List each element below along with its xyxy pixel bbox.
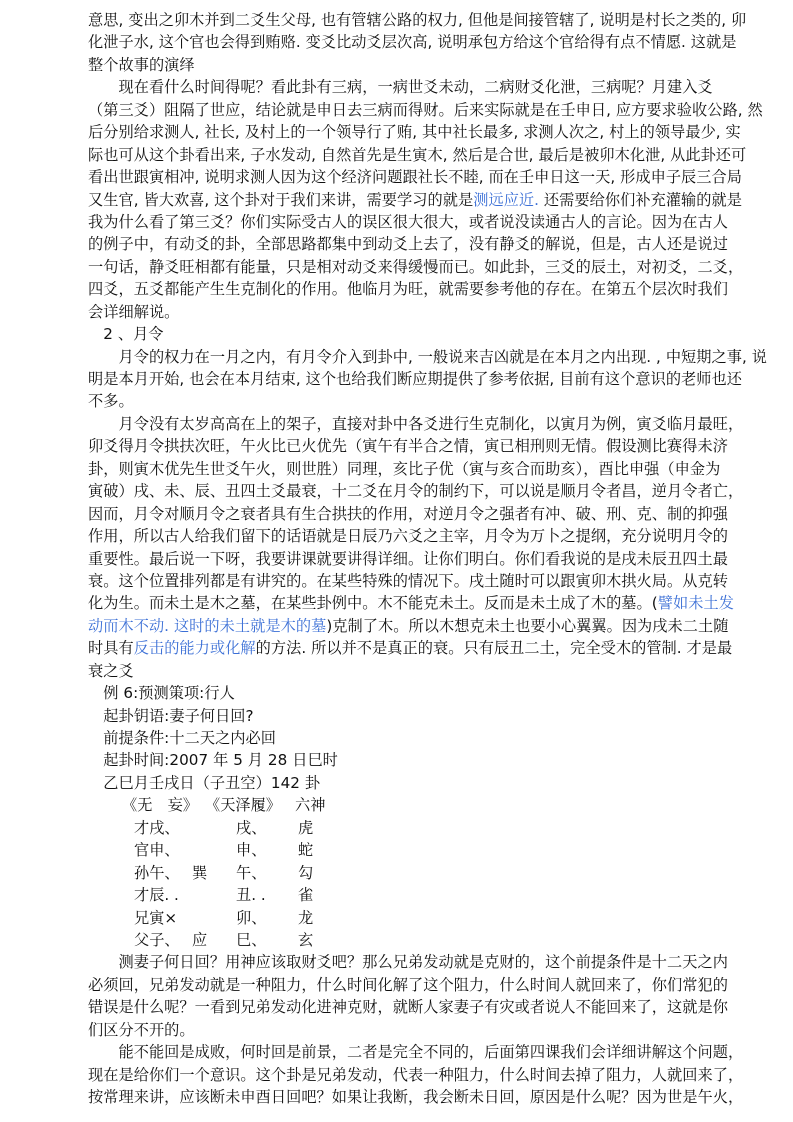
yao-line: 才戌、 [134, 817, 180, 839]
hexagram-row: 父子、应巳、玄 [88, 929, 738, 951]
text-line: 衰。这个位置排列都是有讲究的。在某些特殊的情况下。戌土随时可以跟寅卯木拱火局。从… [88, 570, 738, 592]
text-segment: 卯爻得月令拱扶次旺，午火比已火优先（寅午有半合之情，寅已相刑则无情。假设测比赛得… [88, 437, 728, 455]
text-line: 卯爻得月令拱扶次旺，午火比已火优先（寅午有半合之情，寅已相刑则无情。假设测比赛得… [88, 435, 738, 457]
yao-line: 父子、 [134, 929, 180, 951]
yao-line: 官申、 [134, 839, 180, 861]
highlighted-phrase: 反击的能力或化解 [134, 639, 256, 657]
text-line: 测妻子何日回？用神应该取财爻吧？那么兄弟发动就是克财的，这个前提条件是十二天之内 [88, 951, 738, 973]
text-segment: 现在是给你们一个意识。这个卦是兄弟发动，代表一种阻力，什么时间去掉了阻力，人就回… [88, 1066, 743, 1084]
text-segment: 我为什么看了第三爻？你们实际受古人的误区很大很大，或者说没读通古人的言论。因为在… [88, 213, 728, 231]
text-line: 看出世跟寅相冲, 说明求测人因为这个经济问题跟社长不睦, 而在壬申日这一天, 形… [88, 166, 738, 188]
text-segment: 例 6:预测策项:行人 [88, 684, 235, 702]
text-segment: （第三爻）阻隔了世应，结论就是申日去三病而得财。后来实际就是在壬申日, 应方要求… [88, 101, 763, 119]
yao-line: 才辰. . [134, 884, 179, 906]
yao-line: 兄寅× [134, 907, 177, 929]
text-segment: 后分别给求测人, 社长, 及村上的一个领导行了贿, 其中社长最多, 求测人次之,… [88, 123, 741, 141]
text-segment: 际也可从这个卦看出来, 子水发动, 自然首先是生寅木, 然后是合世, 最后是被卯… [88, 146, 746, 164]
text-line: 化为生。而未土是木之墓，在某些卦例中。木不能克未土。反而是未土成了木的墓。(譬如… [88, 592, 738, 614]
text-line: 起卦钥语:妻子何日回? [88, 705, 738, 727]
text-line: 整个故事的演绎 [88, 54, 738, 76]
text-line: 作用，所以古人给我们留下的话语就是日辰乃六爻之主宰，月令为万卜之提纲，充分说明月… [88, 525, 738, 547]
text-segment: 起卦时间:2007 年 5 月 28 日巳时 [88, 751, 338, 769]
text-segment: 2 、月令 [88, 325, 164, 343]
text-line: 月令的权力在一月之内，有月令介入到卦中, 一般说来吉凶就是在本月之内出现. , … [88, 346, 738, 368]
body-text-after-table: 测妻子何日回？用神应该取财爻吧？那么兄弟发动就是克财的，这个前提条件是十二天之内… [88, 951, 738, 1108]
text-line: 一句话，静爻旺相都有能量，只是相对动爻来得缓慢而已。如此卦，三爻的辰土，对初爻，… [88, 256, 738, 278]
text-line: 按常理来讲，应该断未申酉日回吧？如果让我断，我会断未日回，原因是什么呢？因为世是… [88, 1086, 738, 1108]
changed-yao: 午、 [236, 862, 266, 884]
six-god: 玄 [298, 929, 313, 951]
body-text-before-table: 意思, 变出之卯木并到二爻生父母, 也有管辖公路的权力, 但他是间接管辖了, 说… [88, 9, 738, 794]
text-line: 现在看什么时间得呢？看此卦有三病，一病世爻未动，二病财爻化泄，三病呢？月建入爻 [88, 76, 738, 98]
text-segment: 乙巳月壬戌日（子丑空）142 卦 [88, 774, 320, 792]
hexagram-row: 孙午、巽午、勾 [88, 862, 738, 884]
text-line: 会详细解说。 [88, 301, 738, 323]
text-line: 起卦时间:2007 年 5 月 28 日巳时 [88, 749, 738, 771]
text-segment: 化泄子水, 这个官也会得到贿赂. 变爻比动爻层次高, 说明承包方给这个官给得有点… [88, 33, 737, 51]
text-segment: 的例子中，有动爻的卦，全部思路都集中到动爻上去了，没有静爻的解说，但是，古人还是… [88, 235, 728, 253]
text-line: 动而木不动. 这时的未土就是木的墓)克制了木。所以木想克未土也要小心翼翼。因为戌… [88, 615, 738, 637]
text-line: 意思, 变出之卯木并到二爻生父母, 也有管辖公路的权力, 但他是间接管辖了, 说… [88, 9, 738, 31]
text-segment: 寅破）戌、未、辰、丑四土爻最衰，十二爻在月令的制约下，可以说是顺月令者昌，逆月令… [88, 482, 743, 500]
hexagram-table: 《无 妄》 《天泽履》 六神 才戌、戌、虎官申、申、蛇孙午、巽午、勾才辰. .丑… [88, 794, 738, 951]
text-line: 明是本月开始, 也会在本月结束, 这个也给我们断应期提供了参考依据, 目前有这个… [88, 368, 738, 390]
text-segment: )克制了木。所以木想克未土也要小心翼翼。因为戌未二土随 [326, 617, 728, 635]
hexagram-row: 才戌、戌、虎 [88, 817, 738, 839]
highlighted-phrase: 譬如未土发 [658, 594, 734, 612]
text-segment: 前提条件:十二天之内必回 [88, 729, 276, 747]
text-line: 们区分不开的。 [88, 1019, 738, 1041]
text-line: 四爻，五爻都能产生生克制化的作用。他临月为旺，就需要参考他的存在。在第五个层次时… [88, 278, 738, 300]
text-segment: 化为生。而未土是木之墓，在某些卦例中。木不能克未土。反而是未土成了木的墓。( [88, 594, 658, 612]
text-line: 能不能回是成败，何时回是前景，二者是完全不同的，后面第四课我们会详细讲解这个问题… [88, 1041, 738, 1063]
text-segment: 整个故事的演绎 [88, 56, 195, 74]
text-segment: 重要性。最后说一下呀，我要讲课就要讲得详细。让你们明白。你们看我说的是戌未辰丑四… [88, 550, 728, 568]
text-line: 前提条件:十二天之内必回 [88, 727, 738, 749]
text-line: 又生官, 皆大欢喜, 这个卦对于我们来讲，需要学习的就是测远应近. 还需要给你们… [88, 189, 738, 211]
text-segment: 月令的权力在一月之内，有月令介入到卦中, 一般说来吉凶就是在本月之内出现. , … [88, 348, 767, 366]
hexagram-table-header: 《无 妄》 《天泽履》 六神 [88, 794, 738, 816]
highlighted-phrase: 动而木不动. 这时的未土就是木的墓 [88, 617, 326, 635]
text-line: 时具有反击的能力或化解的方法. 所以并不是真正的衰。只有辰丑二土，完全受木的管制… [88, 637, 738, 659]
yao-line: 孙午、 [134, 862, 180, 884]
text-segment: 不多。 [88, 392, 134, 410]
hexagram-row: 才辰. .丑. .雀 [88, 884, 738, 906]
six-god: 勾 [298, 862, 313, 884]
text-line: 月令没有太岁高高在上的架子，直接对卦中各爻进行生克制化，以寅月为例，寅爻临月最旺… [88, 413, 738, 435]
text-line: 后分别给求测人, 社长, 及村上的一个领导行了贿, 其中社长最多, 求测人次之,… [88, 121, 738, 143]
changed-hexagram-name: 《天泽履》 [205, 794, 281, 816]
text-segment: 月令没有太岁高高在上的架子，直接对卦中各爻进行生克制化，以寅月为例，寅爻临月最旺… [88, 415, 743, 433]
text-line: 不多。 [88, 390, 738, 412]
text-line: 2 、月令 [88, 323, 738, 345]
text-segment: 能不能回是成败，何时回是前景，二者是完全不同的，后面第四课我们会详细讲解这个问题… [88, 1043, 743, 1061]
hexagram-row: 官申、申、蛇 [88, 839, 738, 861]
shi-ying-mark: 应 [192, 929, 207, 951]
changed-yao: 巳、 [236, 929, 266, 951]
text-line: 衰之爻 [88, 660, 738, 682]
changed-yao: 申、 [236, 839, 266, 861]
changed-yao: 戌、 [236, 817, 266, 839]
text-segment: 现在看什么时间得呢？看此卦有三病，一病世爻未动，二病财爻化泄，三病呢？月建入爻 [88, 78, 713, 96]
text-segment: 作用，所以古人给我们留下的话语就是日辰乃六爻之主宰，月令为万卜之提纲，充分说明月… [88, 527, 728, 545]
text-line: 现在是给你们一个意识。这个卦是兄弟发动，代表一种阻力，什么时间去掉了阻力，人就回… [88, 1064, 738, 1086]
text-line: 必须回，兄弟发动就是一种阻力，什么时间化解了这个阻力，什么时间人就回来了，你们常… [88, 974, 738, 996]
text-segment: 四爻，五爻都能产生生克制化的作用。他临月为旺，就需要参考他的存在。在第五个层次时… [88, 280, 728, 298]
six-god: 虎 [298, 817, 313, 839]
changed-yao: 卯、 [236, 907, 266, 929]
text-segment: 的方法. 所以并不是真正的衰。只有辰丑二土，完全受木的管制. 才是最 [256, 639, 733, 657]
six-gods-header: 六神 [295, 794, 325, 816]
text-segment: 卦，则寅木优先生世爻午火，则世胜）同理，亥比子优（寅与亥合而助亥），酉比申强（申… [88, 460, 720, 478]
text-segment: 起卦钥语:妻子何日回? [88, 707, 254, 725]
text-segment: 明是本月开始, 也会在本月结束, 这个也给我们断应期提供了参考依据, 目前有这个… [88, 370, 742, 388]
text-line: 我为什么看了第三爻？你们实际受古人的误区很大很大，或者说没读通古人的言论。因为在… [88, 211, 738, 233]
highlighted-phrase: 测远应近. [473, 191, 539, 209]
text-segment: 意思, 变出之卯木并到二爻生父母, 也有管辖公路的权力, 但他是间接管辖了, 说… [88, 11, 746, 29]
original-hexagram-name: 《无 妄》 [122, 794, 198, 816]
hexagram-table-rows: 才戌、戌、虎官申、申、蛇孙午、巽午、勾才辰. .丑. .雀兄寅×卯、龙父子、应巳… [88, 817, 738, 952]
six-god: 雀 [298, 884, 313, 906]
text-segment: 衰。这个位置排列都是有讲究的。在某些特殊的情况下。戌土随时可以跟寅卯木拱火局。从… [88, 572, 728, 590]
text-line: （第三爻）阻隔了世应，结论就是申日去三病而得财。后来实际就是在壬申日, 应方要求… [88, 99, 738, 121]
document-page: 意思, 变出之卯木并到二爻生父母, 也有管辖公路的权力, 但他是间接管辖了, 说… [88, 9, 738, 1108]
text-line: 寅破）戌、未、辰、丑四土爻最衰，十二爻在月令的制约下，可以说是顺月令者昌，逆月令… [88, 480, 738, 502]
text-segment: 衰之爻 [88, 662, 134, 680]
text-line: 例 6:预测策项:行人 [88, 682, 738, 704]
text-segment: 时具有 [88, 639, 134, 657]
text-line: 错误是什么呢？一看到兄弟发动化进神克财，就断人家妻子有灾或者说人不能回来了，这就… [88, 996, 738, 1018]
text-segment: 会详细解说。 [88, 303, 179, 321]
text-segment: 还需要给你们补充灌输的就是 [539, 191, 742, 209]
text-line: 乙巳月壬戌日（子丑空）142 卦 [88, 772, 738, 794]
text-line: 重要性。最后说一下呀，我要讲课就要讲得详细。让你们明白。你们看我说的是戌未辰丑四… [88, 548, 738, 570]
changed-yao: 丑. . [236, 884, 266, 906]
text-segment: 又生官, 皆大欢喜, 这个卦对于我们来讲，需要学习的就是 [88, 191, 473, 209]
text-segment: 按常理来讲，应该断未申酉日回吧？如果让我断，我会断未日回，原因是什么呢？因为世是… [88, 1088, 743, 1106]
text-segment: 测妻子何日回？用神应该取财爻吧？那么兄弟发动就是克财的，这个前提条件是十二天之内 [88, 953, 728, 971]
text-segment: 必须回，兄弟发动就是一种阻力，什么时间化解了这个阻力，什么时间人就回来了，你们常… [88, 976, 728, 994]
text-segment: 一句话，静爻旺相都有能量，只是相对动爻来得缓慢而已。如此卦，三爻的辰土，对初爻，… [88, 258, 743, 276]
text-segment: 因而，月令对顺月令之衰者具有生合拱扶的作用，对逆月令之强者有冲、破、刑、克、制的… [88, 505, 728, 523]
six-god: 龙 [298, 907, 313, 929]
text-line: 卦，则寅木优先生世爻午火，则世胜）同理，亥比子优（寅与亥合而助亥），酉比申强（申… [88, 458, 738, 480]
text-segment: 看出世跟寅相冲, 说明求测人因为这个经济问题跟社长不睦, 而在壬申日这一天, 形… [88, 168, 742, 186]
hexagram-row: 兄寅×卯、龙 [88, 907, 738, 929]
text-line: 际也可从这个卦看出来, 子水发动, 自然首先是生寅木, 然后是合世, 最后是被卯… [88, 144, 738, 166]
text-line: 化泄子水, 这个官也会得到贿赂. 变爻比动爻层次高, 说明承包方给这个官给得有点… [88, 31, 738, 53]
text-segment: 们区分不开的。 [88, 1021, 195, 1039]
text-line: 的例子中，有动爻的卦，全部思路都集中到动爻上去了，没有静爻的解说，但是，古人还是… [88, 233, 738, 255]
six-god: 蛇 [298, 839, 313, 861]
text-segment: 错误是什么呢？一看到兄弟发动化进神克财，就断人家妻子有灾或者说人不能回来了，这就… [88, 998, 728, 1016]
shi-ying-mark: 巽 [192, 862, 207, 884]
text-line: 因而，月令对顺月令之衰者具有生合拱扶的作用，对逆月令之强者有冲、破、刑、克、制的… [88, 503, 738, 525]
